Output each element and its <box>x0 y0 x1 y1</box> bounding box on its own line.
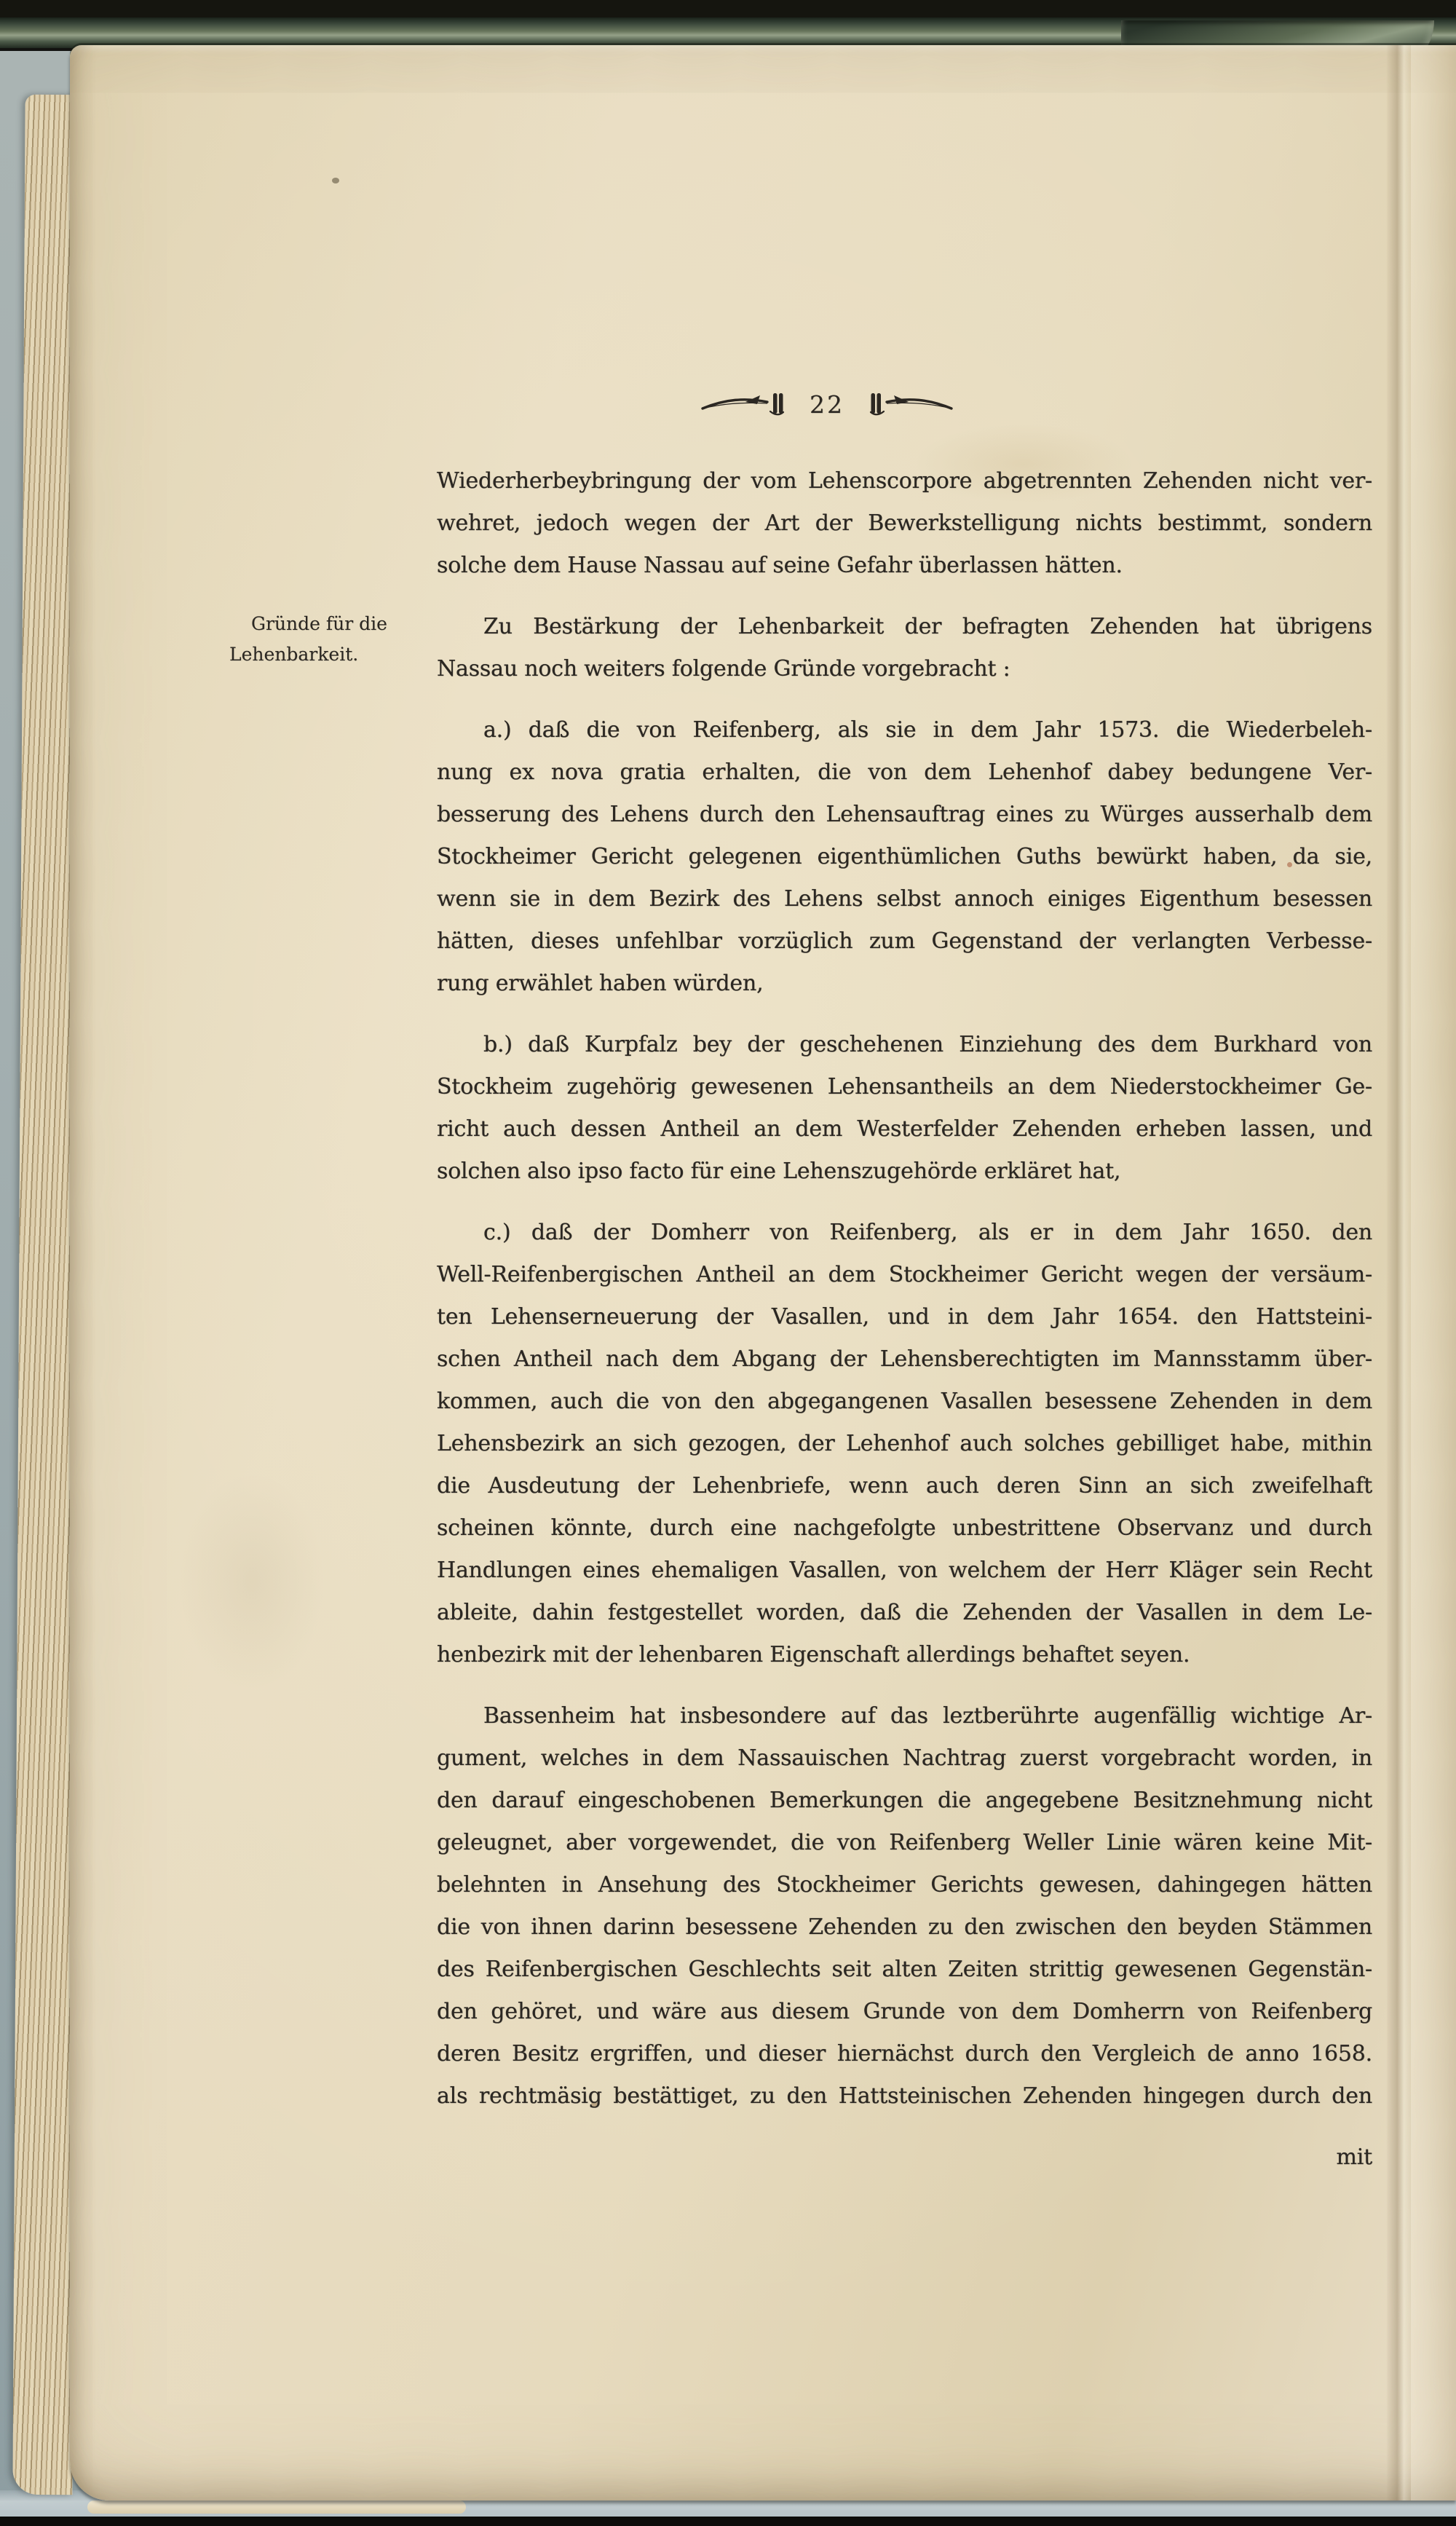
text-line: b.) daß Kurpfalz bey der geschehenen Ein… <box>437 1024 1372 1066</box>
flourish-right-icon <box>860 391 954 419</box>
text-line: henbezirk mit der lehenbaren Eigenschaft… <box>437 1634 1372 1676</box>
scan-background-bottom <box>0 2517 1456 2526</box>
text-line: Well-Reifenbergischen Antheil an dem Sto… <box>437 1254 1372 1296</box>
text-line: den darauf eingeschobenen Bemerkungen di… <box>437 1780 1372 1822</box>
text-line: den gehöret, und wäre aus diesem Grunde … <box>437 1991 1372 2033</box>
text-line: nung ex nova gratia erhalten, die von de… <box>437 751 1372 794</box>
text-line: deren Besitz ergriffen, und dieser hiern… <box>437 2033 1372 2075</box>
text-line: c.) daß der Domherr von Reifenberg, als … <box>437 1212 1372 1254</box>
text-line: Stockheim zugehörig gewesenen Lehensanth… <box>437 1066 1372 1108</box>
text-line: geleugnet, aber vorgewendet, die von Rei… <box>437 1822 1372 1864</box>
stain-artifact <box>179 1472 325 1691</box>
paragraph: Zu Bestärkung der Lehenbarkeit der befra… <box>437 606 1372 690</box>
text-line: Stockheimer Gericht gelegenen eigenthüml… <box>437 836 1372 878</box>
text-line: ten Lehenserneuerung der Vasallen, und i… <box>437 1296 1372 1338</box>
text-line: wenn sie in dem Bezirk des Lehens selbst… <box>437 878 1372 920</box>
text-line: Lehensbezirk an sich gezogen, der Lehenh… <box>437 1423 1372 1465</box>
text-line: hätten, dieses unfehlbar vorzüglich zum … <box>437 920 1372 963</box>
scanned-book-page: 22 Gründe für die Lehenbarkeit. Wiederhe… <box>0 0 1456 2526</box>
margin-note: Gründe für die Lehenbarkeit. <box>229 609 442 670</box>
text-line: die Ausdeutung der Lehenbriefe, wenn auc… <box>437 1465 1372 1507</box>
text-line: rung erwählet haben würden, <box>437 963 1372 1005</box>
text-line: gument, welches in dem Nassauischen Nach… <box>437 1737 1372 1780</box>
catchword: mit <box>437 2136 1372 2179</box>
text-line: Zu Bestärkung der Lehenbarkeit der befra… <box>437 606 1372 648</box>
gutter-crease <box>1386 45 1411 2501</box>
flourish-left-icon <box>700 391 794 419</box>
stain-artifact <box>332 178 339 183</box>
text-line: Bassenheim hat insbesondere auf das lezt… <box>437 1695 1372 1737</box>
margin-note-line: Lehenbarkeit. <box>229 639 442 670</box>
margin-note-line: Gründe für die <box>229 609 442 639</box>
paragraph-item-c: c.) daß der Domherr von Reifenberg, als … <box>437 1212 1372 1676</box>
text-column: Wiederherbeybringung der vom Lehenscorpo… <box>437 460 1372 2179</box>
page-header: 22 <box>674 387 980 422</box>
underlay-page-edge <box>87 2501 466 2514</box>
text-line: die von ihnen darinn besessene Zehenden … <box>437 1906 1372 1949</box>
text-line: wehret, jedoch wegen der Art der Bewerks… <box>437 502 1372 545</box>
text-line: kommen, auch die von den abgegangenen Va… <box>437 1381 1372 1423</box>
text-line: schen Antheil nach dem Abgang der Lehens… <box>437 1338 1372 1381</box>
text-line: solche dem Hause Nassau auf seine Gefahr… <box>437 545 1372 587</box>
paragraph-item-a: a.) daß die von Reifenberg, als sie in d… <box>437 709 1372 1005</box>
text-line: ableite, dahin festgestellet worden, daß… <box>437 1592 1372 1634</box>
text-line: als rechtmäsig bestättiget, zu den Hatts… <box>437 2075 1372 2118</box>
text-line: Handlungen eines ehemaligen Vasallen, vo… <box>437 1550 1372 1592</box>
text-line: des Reifenbergischen Geschlechts seit al… <box>437 1949 1372 1991</box>
page-number: 22 <box>810 387 844 422</box>
text-line: besserung des Lehens durch den Lehensauf… <box>437 794 1372 836</box>
paragraph-item-b: b.) daß Kurpfalz bey der geschehenen Ein… <box>437 1024 1372 1193</box>
text-line: scheinen könnte, durch eine nachgefolgte… <box>437 1507 1372 1550</box>
text-line: richt auch dessen Antheil an dem Westerf… <box>437 1108 1372 1150</box>
paragraph: Wiederherbeybringung der vom Lehenscorpo… <box>437 460 1372 587</box>
text-line: Nassau noch weiters folgende Gründe vorg… <box>437 648 1372 690</box>
book-page: 22 Gründe für die Lehenbarkeit. Wiederhe… <box>70 45 1456 2501</box>
text-line: Wiederherbeybringung der vom Lehenscorpo… <box>437 460 1372 502</box>
gutter-page-curve <box>1411 45 1456 2501</box>
text-line: solchen also ipso facto für eine Lehensz… <box>437 1150 1372 1193</box>
text-line: belehnten in Ansehung des Stockheimer Ge… <box>437 1864 1372 1906</box>
text-line: a.) daß die von Reifenberg, als sie in d… <box>437 709 1372 751</box>
paragraph: Bassenheim hat insbesondere auf das lezt… <box>437 1695 1372 2118</box>
